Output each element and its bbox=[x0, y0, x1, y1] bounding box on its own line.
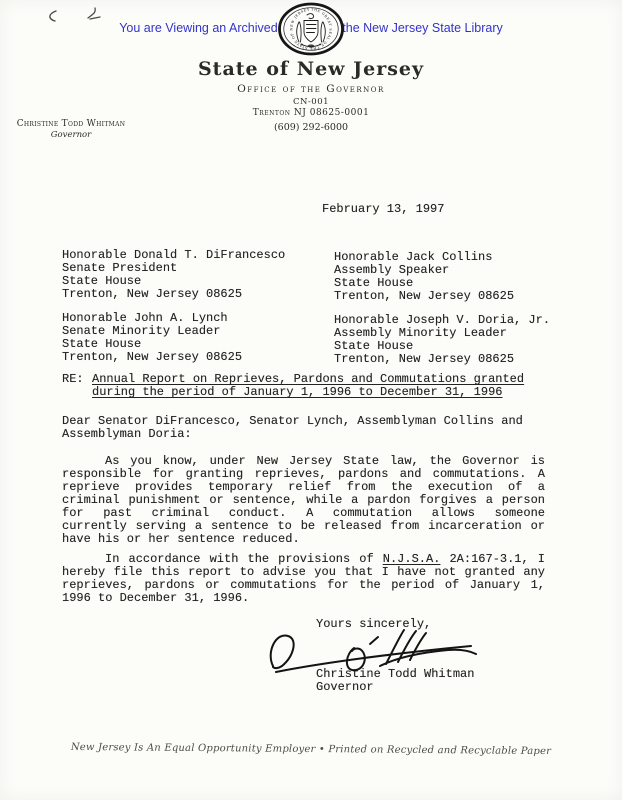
salutation-line: Assemblyman Doria: bbox=[62, 428, 567, 441]
nj-state-seal-icon: THE GREAT SEAL OF THE STATE OF NEW JERSE… bbox=[277, 2, 345, 56]
letterhead-phone: (609) 292-6000 bbox=[0, 122, 622, 133]
recipient-line: Trenton, New Jersey 08625 bbox=[62, 288, 312, 301]
letter-date: February 13, 1997 bbox=[322, 203, 444, 216]
letterhead-office: Office of the Governor bbox=[0, 83, 622, 95]
recipient-block: Honorable Jack Collins Assembly Speaker … bbox=[334, 251, 584, 303]
recipient-block: Honorable Donald T. DiFrancesco Senate P… bbox=[62, 249, 312, 301]
body-paragraph-1: As you know, under New Jersey State law,… bbox=[62, 455, 545, 546]
letterhead-mail-code: CN-001 bbox=[0, 97, 622, 107]
letterhead: State of New Jersey Office of the Govern… bbox=[0, 58, 622, 133]
body-text: In accordance with the provisions of bbox=[105, 552, 383, 566]
letterhead-state-name: State of New Jersey bbox=[0, 58, 622, 80]
signer-title: Governor bbox=[316, 681, 374, 694]
body-line: have his or her sentence reduced. bbox=[62, 533, 545, 546]
letterhead-city-zip: Trenton NJ 08625-0001 bbox=[0, 108, 622, 118]
recipient-block: Honorable Joseph V. Doria, Jr. Assembly … bbox=[334, 314, 584, 366]
recipient-line: Trenton, New Jersey 08625 bbox=[334, 353, 584, 366]
recipient-line: Trenton, New Jersey 08625 bbox=[62, 351, 312, 364]
footer-motto: New Jersey Is An Equal Opportunity Emplo… bbox=[0, 741, 622, 757]
salutation: Dear Senator DiFrancesco, Senator Lynch,… bbox=[62, 415, 567, 441]
statute-citation: N.J.S.A. bbox=[383, 552, 441, 566]
recipient-block: Honorable John A. Lynch Senate Minority … bbox=[62, 312, 312, 364]
body-text: 2A:167-3.1, I bbox=[440, 552, 545, 566]
subject-text-line: during the period of January 1, 1996 to … bbox=[92, 386, 524, 399]
subject-line: RE: Annual Report on Reprieves, Pardons … bbox=[62, 373, 524, 399]
signature-scribble-icon bbox=[266, 624, 481, 680]
body-paragraph-2: In accordance with the provisions of N.J… bbox=[62, 553, 545, 605]
subject-text: Annual Report on Reprieves, Pardons and … bbox=[92, 373, 524, 399]
scanned-letter-page: You are Viewing an Archived Copy from th… bbox=[0, 0, 622, 800]
body-line: 1996 to December 31, 1996. bbox=[62, 592, 545, 605]
recipient-line: Trenton, New Jersey 08625 bbox=[334, 290, 584, 303]
subject-label: RE: bbox=[62, 373, 92, 399]
